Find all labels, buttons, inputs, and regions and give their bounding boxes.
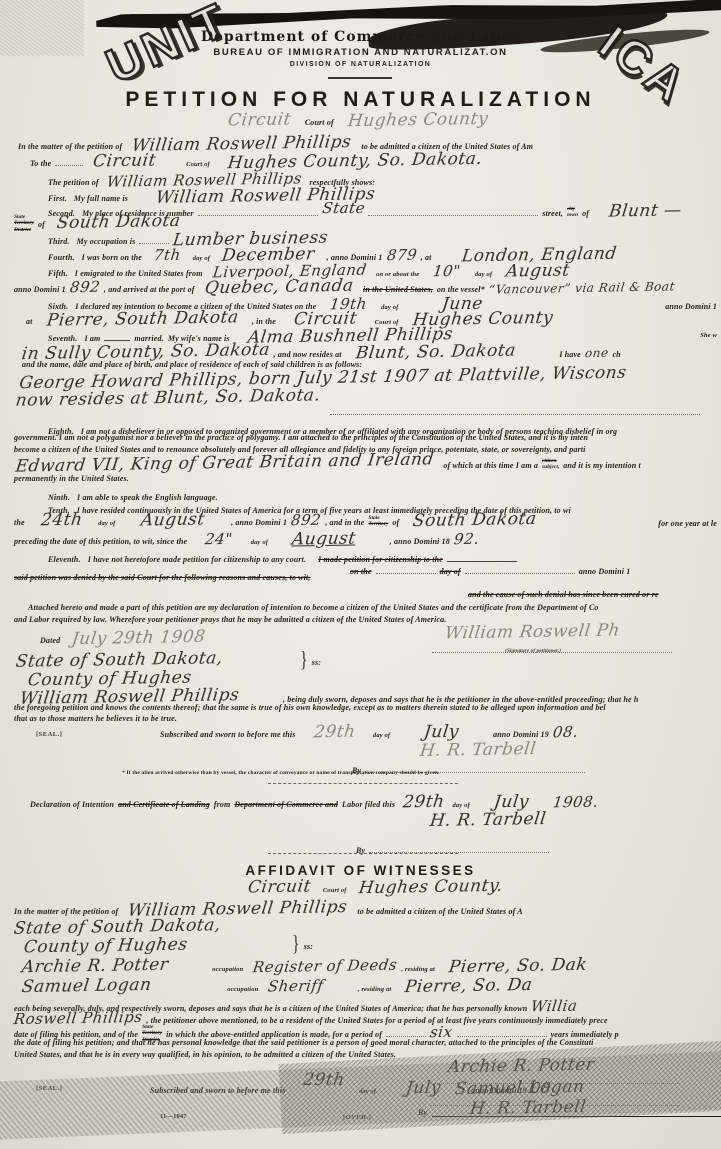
seventh-ch-frag: ch [612, 350, 620, 359]
tenth-year2-hw: 92. [453, 532, 480, 547]
eighth-king-line: Edward VII, King of Great Britain and Ir… [16, 455, 641, 473]
clerk-signature-1: H. R. Tarbell [419, 741, 537, 760]
to-the-blank [55, 156, 83, 166]
second-town-word: town [567, 212, 578, 218]
tenth-state-stack: State Territory [368, 515, 388, 528]
child-residence-hw: now resides at Blunt, So. Dakota. [15, 387, 322, 409]
sixth-inthe: , in the [252, 317, 276, 326]
section-divider-2 [268, 853, 458, 854]
to-the-court-of: Court of [186, 161, 210, 168]
verification-month-hw: July [423, 724, 460, 742]
to-the-court-hw: Circuit [92, 152, 157, 170]
fifth-anno: anno Domini 1 [14, 285, 66, 294]
first-label: First. [48, 194, 67, 203]
tenth-day2-hw: 24" [204, 532, 233, 547]
fifth-year-hw: 892 [69, 280, 101, 296]
filing-c: Labor filed this [342, 800, 395, 809]
affidavit-territory-word: Territory [142, 1030, 162, 1036]
tenth-of: of [392, 518, 399, 527]
fifth-dayof: day of [475, 271, 492, 278]
fifth-b: on or about the [376, 271, 419, 278]
affidavit-p5: United States, and that he is in every w… [14, 1050, 396, 1059]
attached-line2: and Labor required by law. Wherefore you… [14, 615, 446, 624]
eighth-p4a: of which at this time I am a [443, 461, 538, 470]
seventh-resides: , and now resides at [274, 350, 342, 359]
blank-rule [330, 405, 700, 415]
second-town-hw: Blunt — [608, 202, 683, 220]
affidavit-court-of: Court of [323, 887, 347, 894]
witness2-name-hw: Samuel Logan [21, 977, 153, 996]
eighth-line2: government. I am not a polygamist nor a … [14, 433, 588, 442]
bureau-line: BUREAU OF IMMIGRATION AND NATURALIZAT.ON [0, 47, 721, 58]
affidavit-state-hw: State of South Dakota, [13, 917, 222, 938]
affidavit-matter-line: In the matter of the petition of William… [14, 901, 523, 919]
eleventh-anno-frag: anno Domini 1 [579, 567, 631, 576]
affidavit-ss: } ss: [292, 936, 313, 954]
tenth-state-hw: South Dakota [412, 511, 538, 530]
tenth-line2: the 24th day of August , anno Domini 1 8… [14, 512, 537, 530]
tenth-anno2: , anno Domini 18 [390, 537, 450, 546]
eighth-line5: permanently in the United States. [14, 474, 129, 483]
sixth-place-hw: Pierre, South Dakota [45, 309, 239, 329]
to-the-label: To the [30, 159, 51, 168]
clerk-signature-2: H. R. Tarbell [429, 811, 547, 830]
state-hw: South Dakota [56, 213, 182, 232]
affidavit-matter-pre: In the matter of the petition of [14, 907, 118, 916]
affidavit-county2-hw: County of Hughes [23, 937, 189, 957]
second-city-town-stack: city town [567, 206, 578, 219]
seventh-blank [104, 331, 130, 341]
seal-note-1: [SEAL.] [36, 731, 62, 738]
filing-strike1: and Certificate of Landing [118, 800, 210, 809]
court-heading-line: Circuit Court of Hughes County [228, 112, 488, 130]
court-heading-hw-court: Circuit [227, 111, 292, 129]
first-text: My full name is [74, 194, 128, 203]
affidavit-brace-icon: } [292, 932, 300, 957]
tenth-month2-hw: August [291, 530, 357, 548]
second-of-word: of [582, 209, 589, 218]
eleventh-strike2b: day of [440, 567, 461, 576]
second-street-hw: State [321, 201, 366, 216]
tenth-the: the [14, 518, 25, 527]
witness2-line: Samuel Logan occupation Sheriff , residi… [22, 978, 533, 996]
filing-strike2: Department of Commerce and [234, 800, 338, 809]
eleventh-line4: and the cause of such denial has since b… [468, 590, 659, 599]
tenth-anno: , anno Domini 1 [231, 518, 287, 527]
tenth-year-hw: 892 [290, 513, 322, 529]
header-divider [328, 77, 392, 79]
citizen-subject-stack: citizen subject, [542, 458, 559, 471]
seventh-res-hw: Blunt, So. Dakota [354, 343, 516, 363]
verification-anno: anno Domini 19 [493, 730, 549, 739]
eleventh-a: I have not heretofore made petition for … [88, 555, 306, 564]
fifth-c: , and arrived at the port of [104, 285, 195, 294]
affidavit-period-blank1 [386, 1027, 426, 1037]
witness2-occ-label: occupation [227, 986, 258, 993]
tenth-right-frag: for one year at le [658, 519, 717, 528]
tenth-d: preceding the date of this petition, to … [14, 537, 187, 546]
sixth-at: at [26, 317, 33, 326]
verification-sworn-a: Subscribed and sworn to before me this [160, 730, 296, 739]
fourth-day-hw: 7th [153, 248, 182, 263]
court-heading-court-of: Court of [305, 118, 334, 127]
verification-ss-label: ss: [312, 658, 321, 667]
verification-day-hw: 29th [312, 724, 356, 742]
second-street-word: street, [542, 209, 563, 218]
seventh-ihave: I have [559, 350, 581, 359]
witness2-res-hw: Pierre, So. Da [404, 977, 534, 996]
fourth-label: Fourth. [48, 253, 75, 262]
seventh-label: Seventh. [48, 334, 77, 343]
fourth-at: , at [421, 253, 432, 262]
filing-day-hw: 29th [402, 794, 446, 812]
petitioner-signature-caption: (Signature of petitioner.) [505, 648, 561, 654]
affidavit-county-hw: Hughes County. [357, 878, 503, 898]
affidavit-matter-post: to be admitted a citizen of the United S… [357, 907, 522, 916]
third-label: Third. [48, 237, 70, 246]
affidavit-title: AFFIDAVIT OF WITNESSES [0, 863, 721, 878]
eleventh-label: Eleventh. [48, 555, 81, 564]
second-blank2 [368, 206, 538, 216]
division-line: DIVISION OF NATURALIZATION [0, 61, 721, 68]
eleventh-blank3 [465, 564, 575, 574]
tenth-line3: preceding the date of this petition, to … [14, 531, 479, 549]
court-heading-hw-county: Hughes County [347, 111, 489, 130]
section-divider-1 [268, 783, 458, 784]
witness2-occ-hw: Sheriff [267, 979, 324, 995]
state-of-word: of [38, 220, 45, 229]
tenth-day-hw: 24th [40, 512, 84, 530]
affidavit-court-hw: Circuit [247, 878, 312, 896]
fourth-year-hw: 879 [386, 248, 418, 264]
tenth-c: , and in the [325, 518, 364, 527]
dated-label: Dated [40, 636, 60, 645]
dated-line: Dated July 29th 1908 [40, 630, 206, 648]
verification-ss: } ss: [300, 652, 321, 670]
attached-line1: Attached hereto and made a part of this … [28, 603, 599, 612]
fifth-label: Fifth. [48, 269, 68, 278]
subject-word: subject, [542, 464, 559, 470]
fourth-a: I was born on the [82, 253, 142, 262]
by-blank-2 [369, 843, 549, 853]
eleventh-line2: on the day of anno Domini 1 [350, 561, 630, 579]
filing-year-hw: 1908. [552, 795, 599, 811]
filing-b: from [214, 800, 231, 809]
vessel-footnote: * If the alien arrived otherwise than by… [122, 770, 440, 776]
dated-hw: July 29th 1908 [71, 629, 207, 648]
sixth-anno-frag: anno Domini 1 [665, 302, 717, 311]
witness2-residing: , residing at [358, 986, 392, 993]
state-territory-district-stack: State Territory District [14, 214, 34, 233]
fifth-month-hw: August [505, 262, 571, 280]
witness1-occ-hw: Register of Deeds [252, 958, 398, 976]
seventh-a: I am [84, 334, 100, 343]
seventh-shew-frag: She w [700, 332, 717, 339]
fifth-a: I emigrated to the United States from [75, 269, 203, 278]
by-line-2: By [356, 840, 549, 858]
affidavit-ss-label: ss: [304, 942, 313, 951]
territory-word: Territory [14, 220, 34, 226]
matter-pre: In the matter of the petition of [18, 142, 122, 151]
witness1-line: Archie R. Potter occupation Register of … [22, 958, 587, 976]
fifth-vessel-hw: “Vancouver” via Rail & Boat [488, 280, 676, 295]
eleventh-line3: said petition was denied by the said Cou… [14, 573, 311, 582]
page-title: PETITION FOR NATURALIZATION [0, 88, 721, 112]
fifth-strike-us: in the United States, [363, 285, 433, 294]
eighth-p4b: and it is my intention t [563, 461, 641, 470]
witness1-res-hw: Pierre, So. Dak [448, 957, 588, 976]
verification-dayof: day of [373, 732, 390, 739]
dept-of-commerce-line: Department of Commerce and Labor [0, 29, 721, 45]
filing-dayof: day of [453, 802, 470, 809]
fifth-d: on the vessel* [437, 285, 485, 294]
affidavit-period-blank2 [457, 1027, 547, 1037]
sixth-dayof: day of [381, 304, 398, 311]
tenth-dayof2: day of [251, 539, 268, 546]
affidavit-p4: the date of filing his petition; and tha… [14, 1038, 593, 1047]
district-word: District [14, 227, 34, 233]
fourth-dayof: day of [193, 255, 210, 262]
verification-p3: that as to those matters he believes it … [14, 714, 177, 723]
king-name-hw: Edward VII, King of Great Britain and Ir… [14, 451, 434, 475]
verification-p2: the foregoing petition and knows the con… [14, 703, 606, 712]
affidavit-court-line: Circuit Court of Hughes County. [248, 879, 502, 897]
witness1-residing: , residing at [401, 966, 435, 973]
eleventh-strike2: on the [350, 567, 372, 576]
witness1-occ-label: occupation [212, 966, 243, 973]
to-the-line: To the Circuit Court of Hughes County, S… [30, 153, 482, 171]
third-text: My occupation is [77, 237, 136, 246]
third-blank [139, 234, 169, 244]
tenth-territory-word: Territory [368, 521, 388, 527]
brace-icon: } [300, 648, 308, 673]
filing-a: Declaration of Intention [30, 800, 114, 809]
petitioner-signature-hw: William Roswell Ph [444, 622, 621, 642]
tenth-month-hw: August [140, 511, 206, 529]
petition-of-label: The petition of [48, 178, 99, 187]
witness1-name-hw: Archie R. Potter [21, 957, 170, 977]
verification-year-hw: 08. [552, 725, 579, 740]
fifth-day-hw: 10" [432, 264, 461, 279]
second-blank1 [198, 206, 318, 216]
tenth-dayof: day of [98, 520, 115, 527]
petition-document-page: UNIT ICA Department of Commerce and Labo… [0, 0, 721, 1149]
eleventh-blank2 [376, 564, 436, 574]
seventh-num-hw: one [584, 347, 609, 359]
